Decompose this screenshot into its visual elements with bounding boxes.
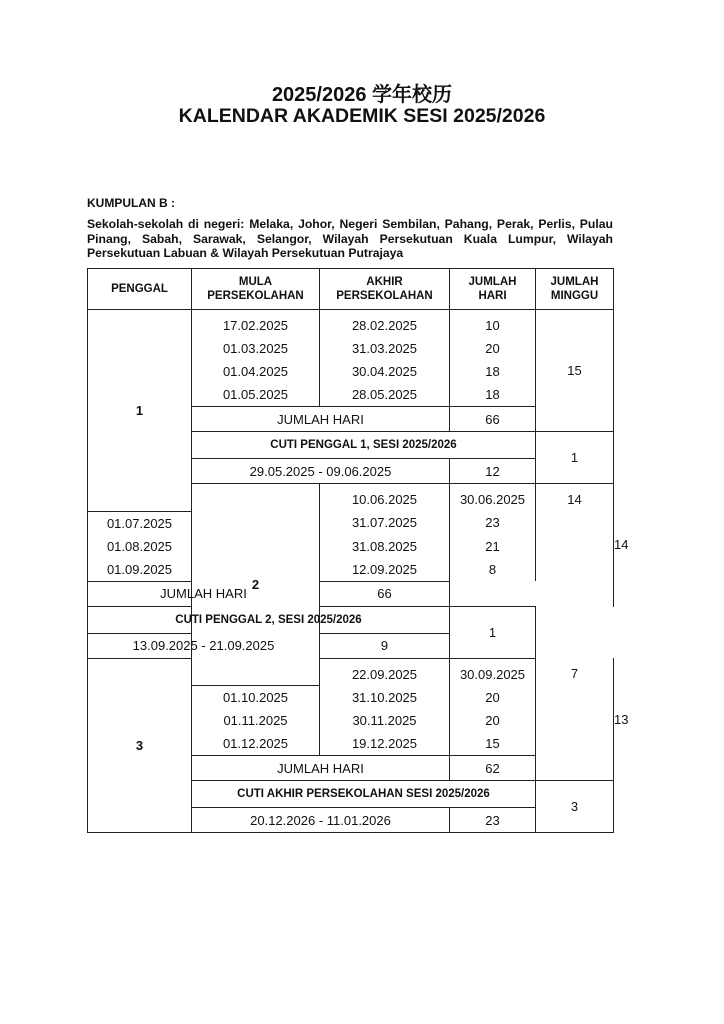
start-date: 01.08.2025 [88, 535, 192, 558]
start-date: 01.07.2025 [88, 511, 192, 535]
total-label: JUMLAH HARI [192, 756, 450, 781]
end-date: 28.02.2025 [320, 310, 450, 338]
break-days: 9 [320, 633, 450, 658]
total-days: 66 [450, 407, 536, 432]
break-title: CUTI PENGGAL 2, SESI 2025/2026 [88, 606, 450, 633]
title-malay: KALENDAR AKADEMIK SESI 2025/2026 [0, 105, 724, 128]
break-weeks: 3 [536, 781, 614, 833]
title-chinese: 2025/2026 学年校历 [0, 78, 724, 107]
end-date: 31.10.2025 [320, 686, 450, 710]
table-row: 01.09.202512.09.20258 [88, 558, 614, 582]
break-weeks: 1 [536, 432, 614, 484]
end-date: 31.03.2025 [320, 337, 450, 360]
break-range: 20.12.2026 - 11.01.2026 [192, 808, 450, 833]
total-label: JUMLAH HARI [192, 407, 450, 432]
start-date: 10.06.2025 [320, 484, 450, 512]
break-weeks: 1 [450, 606, 536, 658]
start-date: 22.09.2025 [320, 658, 450, 686]
total-row: JUMLAH HARI66 [88, 581, 614, 606]
start-date: 17.02.2025 [192, 310, 320, 338]
end-date: 19.12.2025 [320, 732, 450, 756]
table-row: 01.08.202531.08.202521 [88, 535, 614, 558]
header-end: AKHIRPERSEKOLAHAN [320, 269, 450, 310]
day-count: 8 [450, 558, 536, 582]
break-title-row: CUTI PENGGAL 2, SESI 2025/20261 [88, 606, 614, 633]
table-row: 322.09.202530.09.2025713 [88, 658, 614, 686]
day-count: 20 [450, 686, 536, 710]
end-date: 31.07.2025 [320, 511, 450, 535]
day-count: 20 [450, 337, 536, 360]
total-days: 62 [450, 756, 536, 781]
group-label: KUMPULAN B : [87, 196, 175, 210]
end-date: 30.11.2025 [320, 709, 450, 732]
start-date: 01.03.2025 [192, 337, 320, 360]
break-title: CUTI PENGGAL 1, SESI 2025/2026 [192, 432, 536, 459]
calendar-table: PENGGAL MULAPERSEKOLAHAN AKHIRPERSEKOLAH… [87, 268, 614, 833]
day-count: 23 [450, 511, 536, 535]
break-days: 23 [450, 808, 536, 833]
day-count: 21 [450, 535, 536, 558]
end-date: 28.05.2025 [320, 383, 450, 407]
break-range: 13.09.2025 - 21.09.2025 [88, 633, 320, 658]
break-title: CUTI AKHIR PERSEKOLAHAN SESI 2025/2026 [192, 781, 536, 808]
day-count: 18 [450, 360, 536, 383]
day-count: 7 [536, 658, 614, 686]
start-date: 01.10.2025 [192, 686, 320, 710]
start-date: 01.09.2025 [88, 558, 192, 582]
day-count: 14 [536, 484, 614, 512]
end-date: 31.08.2025 [320, 535, 450, 558]
day-count: 15 [450, 732, 536, 756]
day-count: 20 [450, 709, 536, 732]
break-range: 29.05.2025 - 09.06.2025 [192, 459, 450, 484]
header-term: PENGGAL [88, 269, 192, 310]
total-label: JUMLAH HARI [88, 581, 320, 606]
day-count: 10 [450, 310, 536, 338]
states-list: Sekolah-sekolah di negeri: Melaka, Johor… [87, 217, 613, 261]
end-date: 30.06.2025 [450, 484, 536, 512]
end-date: 12.09.2025 [320, 558, 450, 582]
header-weeks: JUMLAHMINGGU [536, 269, 614, 310]
start-date: 01.12.2025 [192, 732, 320, 756]
start-date: 01.05.2025 [192, 383, 320, 407]
start-date: 01.11.2025 [192, 709, 320, 732]
term-number: 3 [88, 658, 192, 833]
header-days: JUMLAHHARI [450, 269, 536, 310]
end-date: 30.09.2025 [450, 658, 536, 686]
start-date: 01.04.2025 [192, 360, 320, 383]
table-row: 01.07.202531.07.202523 [88, 511, 614, 535]
table-row: 117.02.202528.02.20251015 [88, 310, 614, 338]
table-header-row: PENGGAL MULAPERSEKOLAHAN AKHIRPERSEKOLAH… [88, 269, 614, 310]
header-start: MULAPERSEKOLAHAN [192, 269, 320, 310]
day-count: 18 [450, 383, 536, 407]
total-days: 66 [320, 581, 450, 606]
week-count: 15 [536, 310, 614, 432]
end-date: 30.04.2025 [320, 360, 450, 383]
term-number: 1 [88, 310, 192, 512]
break-days: 12 [450, 459, 536, 484]
